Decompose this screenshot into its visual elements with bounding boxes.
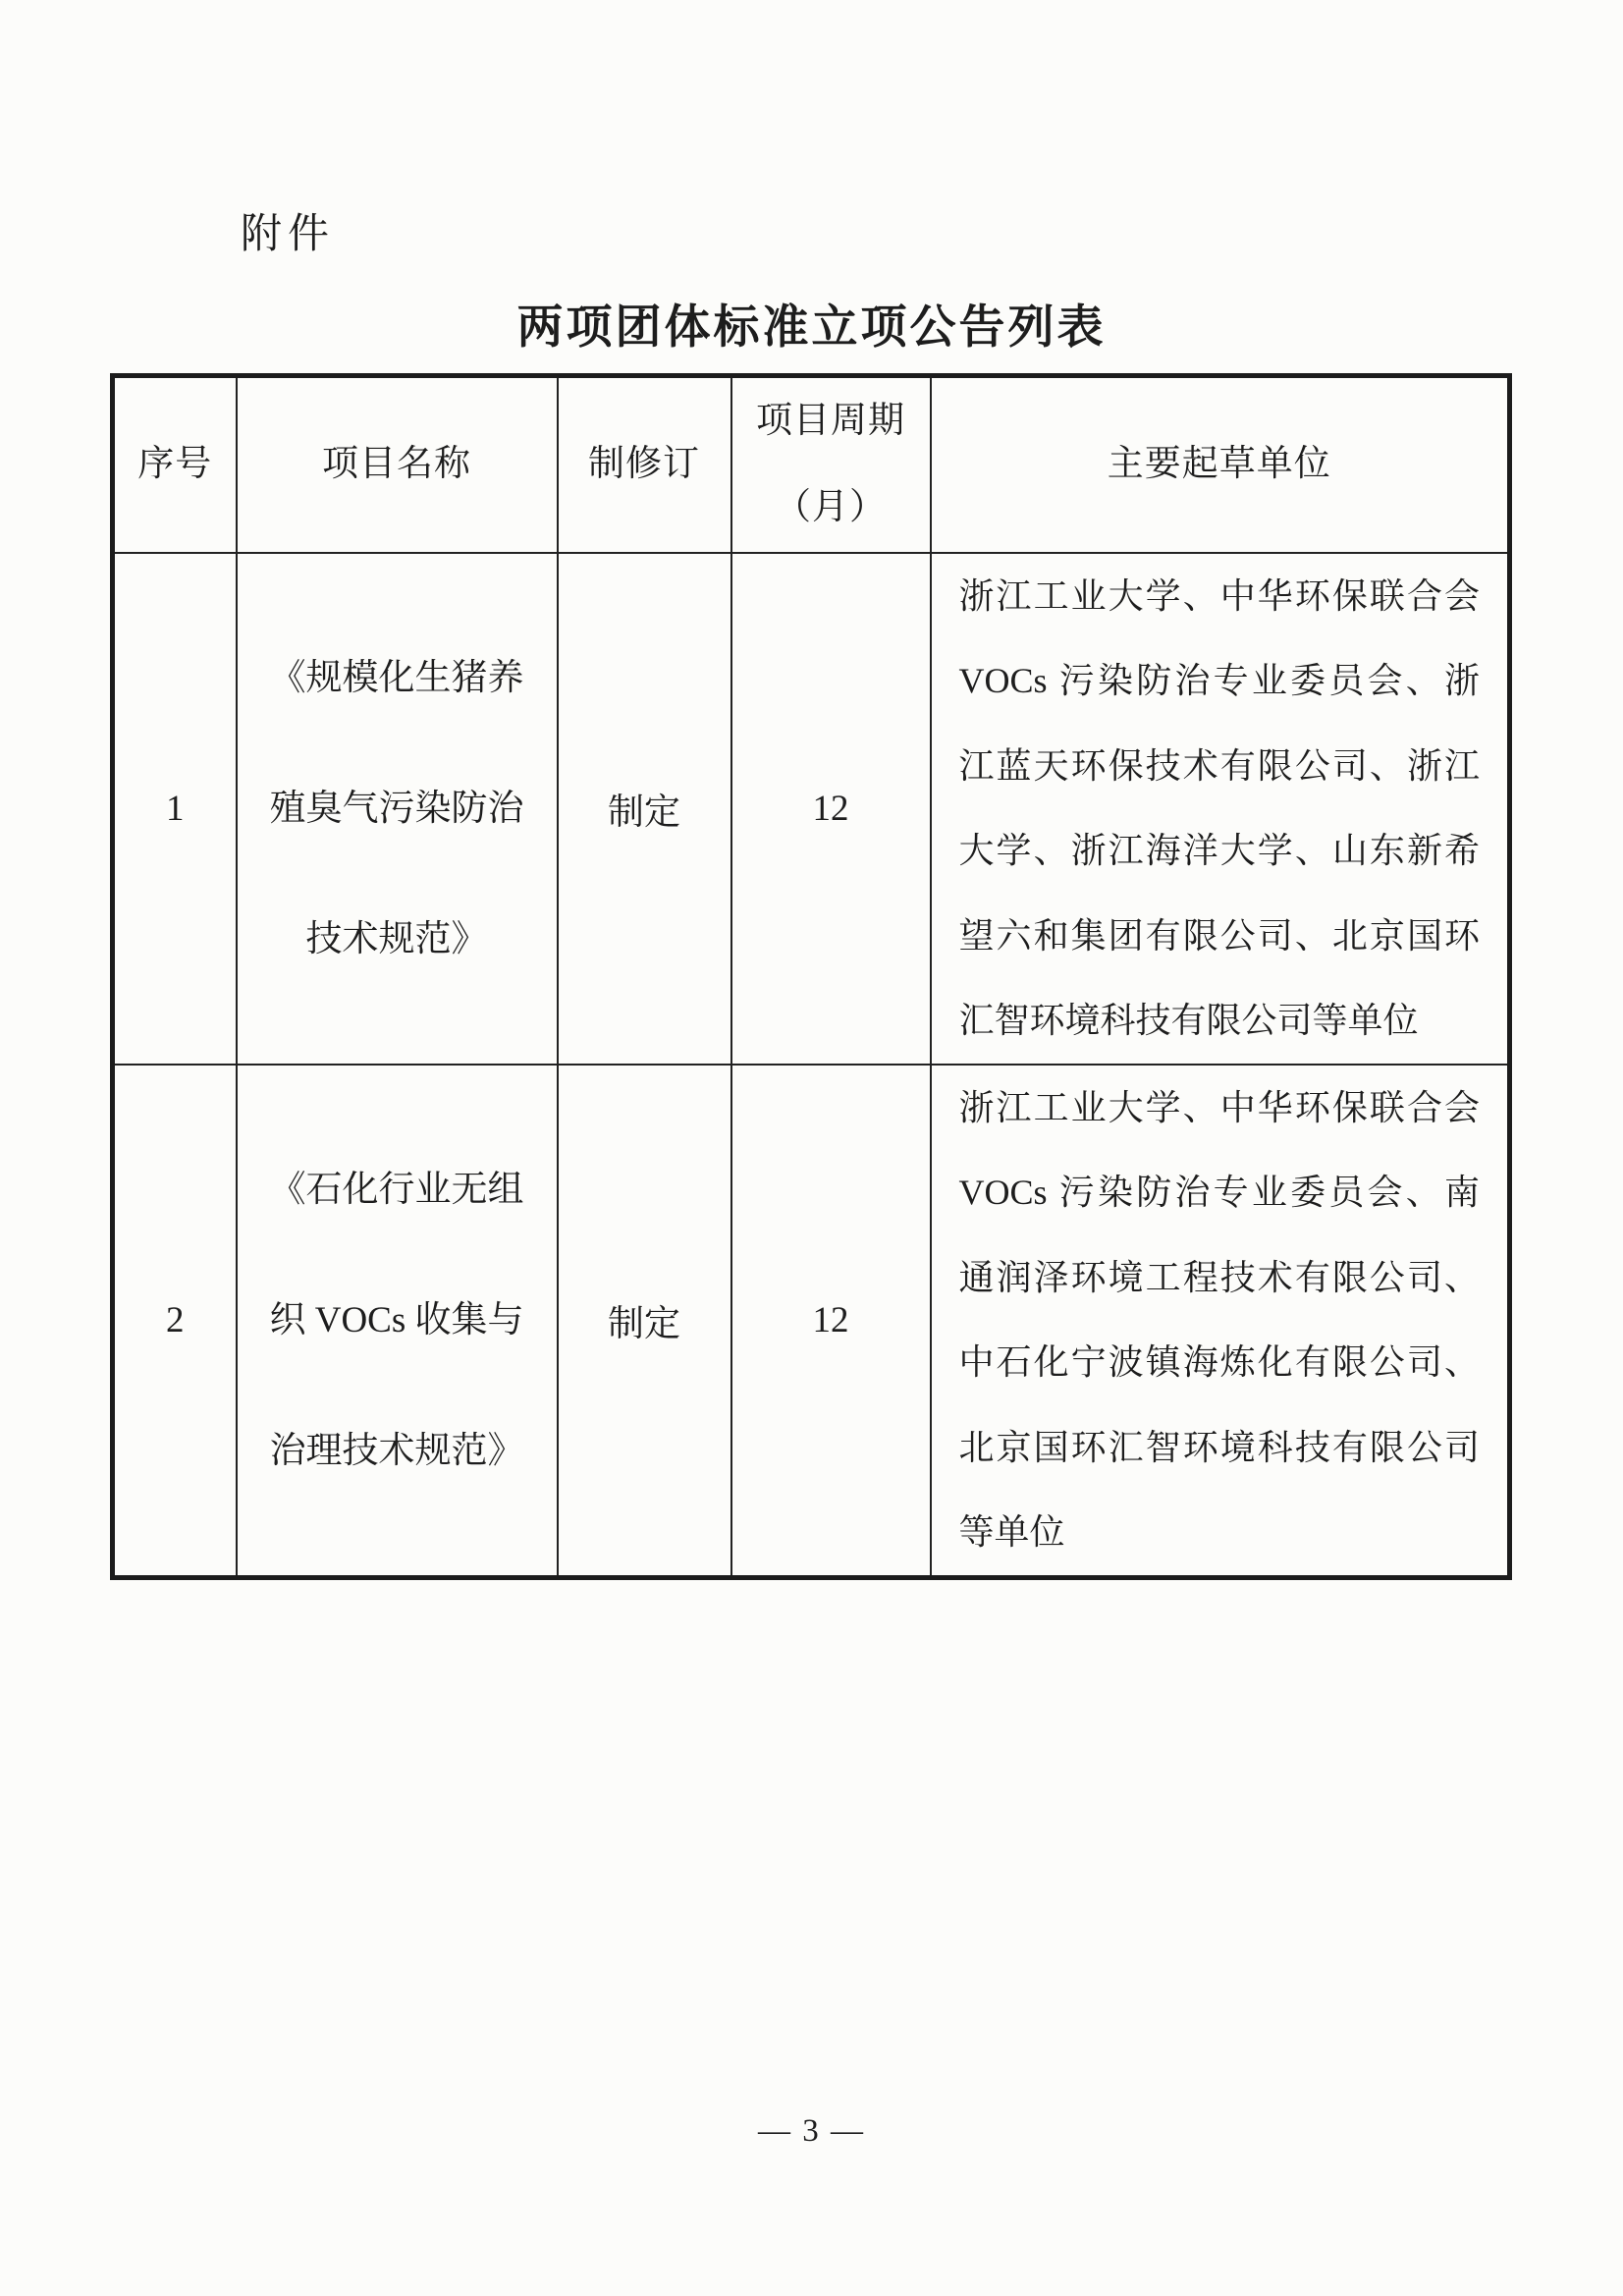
scanned-document-page: 附件 两项团体标准立项公告列表 序号 项目名称 制修订 项目周期 （月） 主要起… <box>0 0 1623 2296</box>
row2-revision-type: 制定 <box>558 1065 731 1578</box>
header-drafting-units: 主要起草单位 <box>931 376 1510 553</box>
standards-table: 序号 项目名称 制修订 项目周期 （月） 主要起草单位 1 《规模化生猪养殖臭气… <box>110 373 1512 1580</box>
row2-drafting-units: 浙江工业大学、中华环保联合会VOCs 污染防治专业委员会、南通润泽环境工程技术有… <box>931 1065 1510 1578</box>
header-project-name: 项目名称 <box>237 376 558 553</box>
header-project-period-line2: （月） <box>732 465 930 551</box>
row1-drafting-units: 浙江工业大学、中华环保联合会VOCs 污染防治专业委员会、浙江蓝天环保技术有限公… <box>931 553 1510 1065</box>
row1-seq: 1 <box>113 553 237 1065</box>
header-project-period-line1: 项目周期 <box>732 378 930 465</box>
header-seq: 序号 <box>113 376 237 553</box>
table-row: 1 《规模化生猪养殖臭气污染防治技术规范》 制定 12 浙江工业大学、中华环保联… <box>113 553 1510 1065</box>
row2-project-name: 《石化行业无组织 VOCs 收集与治理技术规范》 <box>237 1065 558 1578</box>
row1-revision-type: 制定 <box>558 553 731 1065</box>
page-title: 两项团体标准立项公告列表 <box>0 291 1623 356</box>
header-project-period: 项目周期 （月） <box>731 376 931 553</box>
table-row: 2 《石化行业无组织 VOCs 收集与治理技术规范》 制定 12 浙江工业大学、… <box>113 1065 1510 1578</box>
attachment-label: 附件 <box>241 201 335 260</box>
row2-project-period: 12 <box>731 1065 931 1578</box>
row1-project-period: 12 <box>731 553 931 1065</box>
table-header-row: 序号 项目名称 制修订 项目周期 （月） 主要起草单位 <box>113 376 1510 553</box>
page-number: — 3 — <box>0 2113 1623 2150</box>
row2-seq: 2 <box>113 1065 237 1578</box>
row1-project-name: 《规模化生猪养殖臭气污染防治技术规范》 <box>237 553 558 1065</box>
header-revision-type: 制修订 <box>558 376 731 553</box>
